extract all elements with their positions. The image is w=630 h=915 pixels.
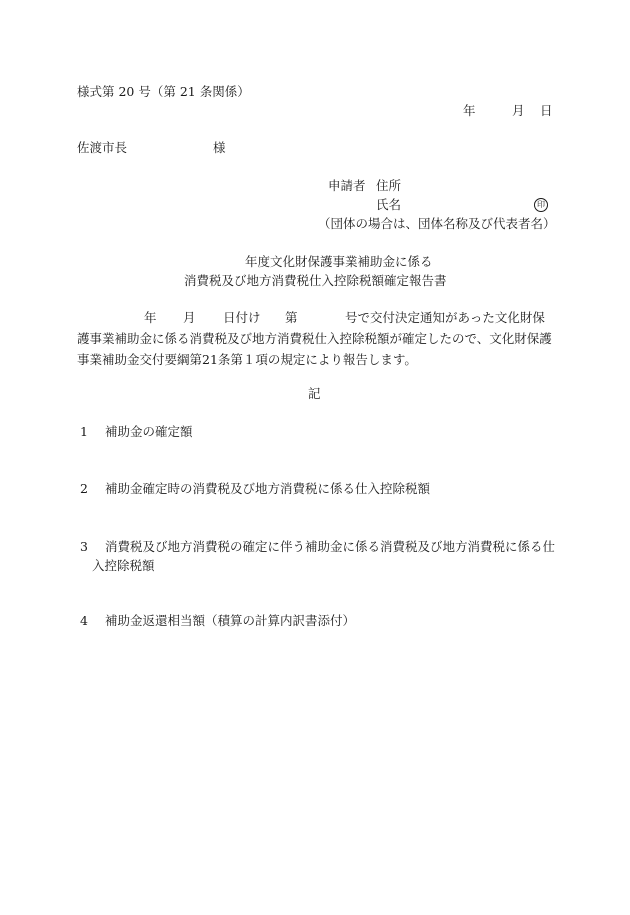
addressee-honorific: 様 <box>213 140 226 156</box>
title-line-2: 消費税及び地方消費税仕入控除税額確定報告書 <box>184 273 447 289</box>
body-line-3: 事業補助金交付要綱第21条第１項の規定により報告します。 <box>77 352 417 368</box>
body-number-prefix: 第 <box>285 310 298 326</box>
applicant-label: 申請者 <box>328 178 366 194</box>
body-day-suffix: 日付け <box>223 310 261 326</box>
list-item: 2補助金確定時の消費税及び地方消費税に係る仕入控除税額 <box>80 481 430 497</box>
list-item: 3消費税及び地方消費税の確定に伴う補助金に係る消費税及び地方消費税に係る仕 <box>80 539 555 555</box>
address-label: 住所 <box>376 178 401 194</box>
body-year: 年 <box>144 310 157 326</box>
item-text: 消費税及び地方消費税の確定に伴う補助金に係る消費税及び地方消費税に係る仕 <box>105 539 555 554</box>
item-number: 2 <box>80 481 105 497</box>
date-day: 日 <box>540 103 553 119</box>
item-text: 補助金返還相当額（積算の計算内訳書添付） <box>105 613 355 628</box>
ki-heading: 記 <box>308 386 321 402</box>
list-item: 1補助金の確定額 <box>80 424 193 440</box>
item-text: 補助金確定時の消費税及び地方消費税に係る仕入控除税額 <box>105 481 430 496</box>
name-label: 氏名 <box>376 197 401 213</box>
form-label: 様式第 20 号（第 21 条関係） <box>77 84 250 100</box>
date-year: 年 <box>463 103 476 119</box>
organization-note: （団体の場合は、団体名称及び代表者名） <box>318 216 556 232</box>
body-line-2: 護事業補助金に係る消費税及び地方消費税仕入控除税額が確定したので、文化財保護 <box>77 331 552 347</box>
list-item: 4補助金返還相当額（積算の計算内訳書添付） <box>80 613 355 629</box>
addressee-name: 佐渡市長 <box>77 140 127 156</box>
date-month: 月 <box>512 103 525 119</box>
body-line-1: 号で交付決定通知があった文化財保 <box>345 310 545 326</box>
list-item-continuation: 入控除税額 <box>92 558 155 574</box>
item-text: 補助金の確定額 <box>105 424 193 439</box>
item-number: 3 <box>80 539 105 555</box>
item-number: 1 <box>80 424 105 440</box>
item-number: 4 <box>80 613 105 629</box>
body-month: 月 <box>183 310 196 326</box>
seal-icon: 印 <box>534 198 548 212</box>
title-line-1: 年度文化財保護事業補助金に係る <box>245 254 433 270</box>
